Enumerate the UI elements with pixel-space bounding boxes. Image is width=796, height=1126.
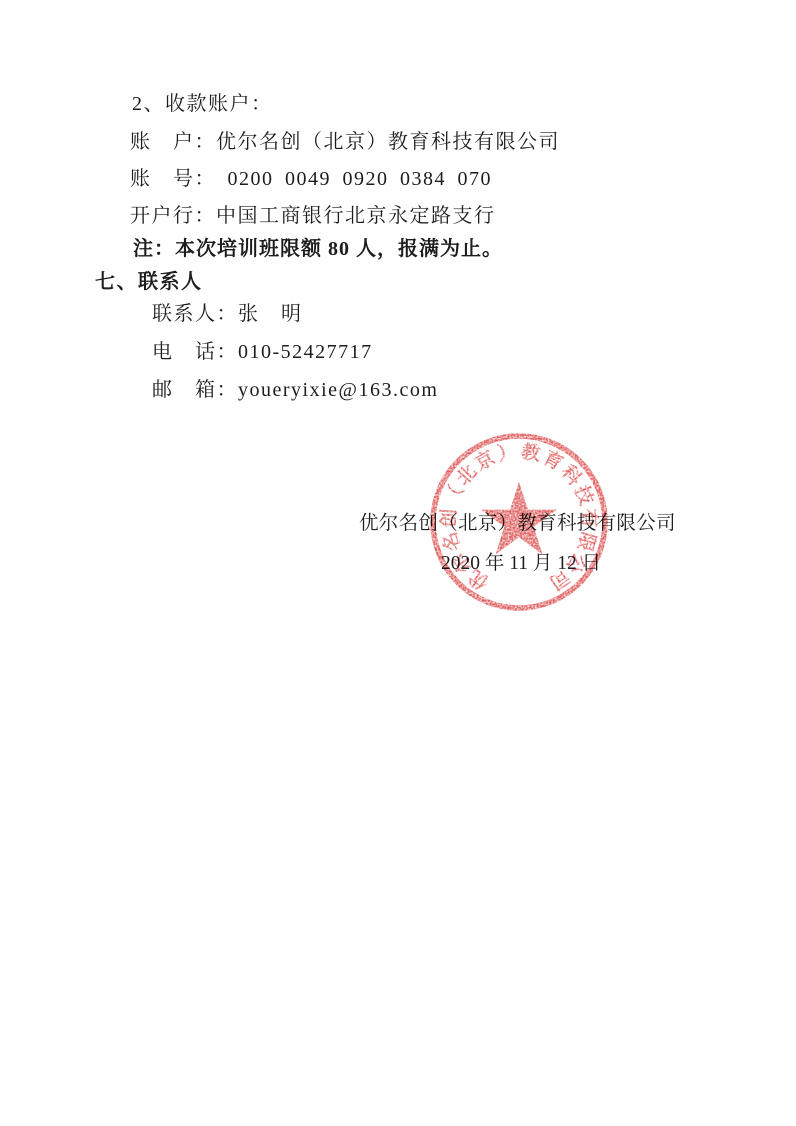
svg-text:）: ） (496, 440, 519, 466)
svg-text:有: 有 (577, 508, 601, 528)
contacts-section-heading: 七、联系人 (95, 272, 203, 292)
svg-text:创: 创 (437, 508, 461, 529)
document-page: 2、收款账户： 账 户：优尔名创（北京）教育科技有限公司 账 号： 0200 0… (0, 0, 796, 1126)
seal-star-icon (481, 482, 557, 554)
contact-phone-line: 电 话：010-52427717 (152, 342, 373, 362)
account-holder-line: 账 户：优尔名创（北京）教育科技有限公司 (130, 132, 560, 152)
payee-account-heading: 2、收款账户： (132, 94, 273, 114)
note-line: 注：本次培训班限额 80 人，报满为止。 (133, 239, 503, 259)
svg-text:教: 教 (520, 440, 544, 466)
svg-text:名: 名 (438, 529, 465, 554)
contact-email-line: 邮 箱：youeryixie@163.com (152, 380, 438, 400)
bank-branch-line: 开户行：中国工商银行北京永定路支行 (130, 206, 496, 226)
company-seal: 优尔名创（北京）教育科技有限公司 (419, 422, 619, 622)
account-number-line: 账 号： 0200 0049 0920 0384 070 (130, 169, 492, 189)
svg-text:限: 限 (573, 529, 599, 553)
contact-name-line: 联系人：张 明 (152, 304, 303, 324)
